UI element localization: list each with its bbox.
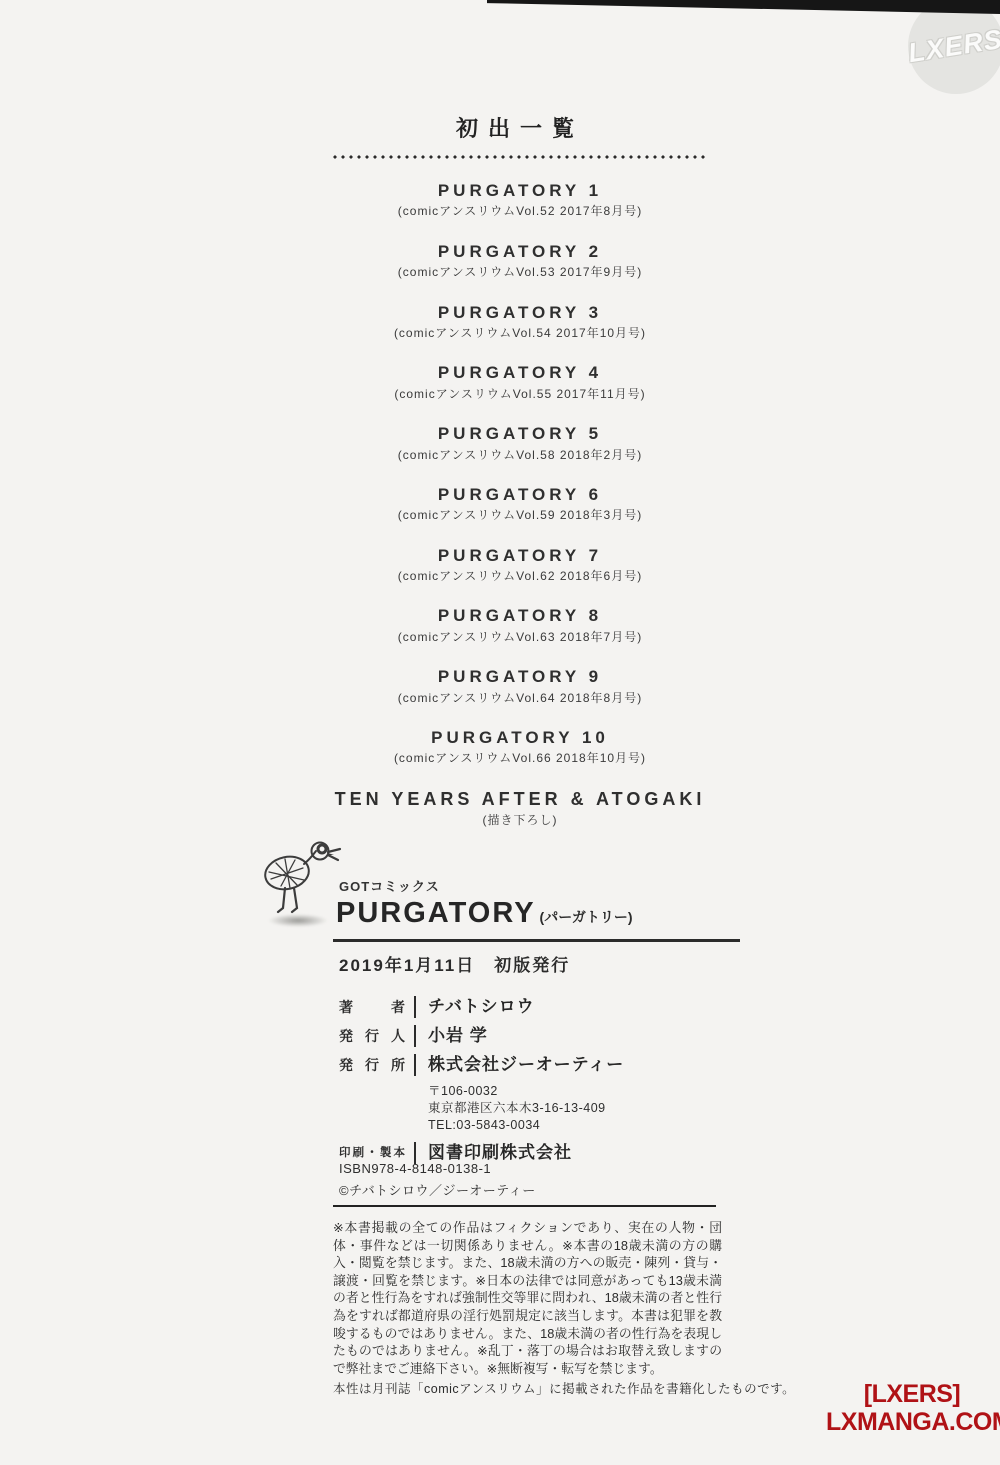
lxmanga-watermark-line1: [LXERS] xyxy=(826,1381,998,1409)
publisher-address-block: 〒106-0032 東京都港区六本木3-16-13-409 TEL:03-584… xyxy=(428,1083,739,1134)
entry-title: PURGATORY 3 xyxy=(40,303,1000,323)
publication-entry: PURGATORY 10 (comicアンスリウムVol.66 2018年10月… xyxy=(40,728,1000,766)
entry-title: PURGATORY 8 xyxy=(40,606,1000,626)
scan-edge-artifact xyxy=(487,0,1000,14)
credit-row-publisher-company: 発 行 所 株式会社ジーオーティー xyxy=(339,1054,739,1076)
entry-note: (comicアンスリウムVol.55 2017年11月号) xyxy=(40,387,1000,401)
entry-title: PURGATORY 9 xyxy=(40,667,1000,687)
entry-title: PURGATORY 2 xyxy=(40,242,1000,262)
dotted-divider xyxy=(331,155,709,159)
entry-note: (comicアンスリウムVol.54 2017年10月号) xyxy=(40,326,1000,340)
credit-row-author: 著 者 チバトシロウ xyxy=(339,996,739,1018)
credit-value: 株式会社ジーオーティー xyxy=(428,1054,624,1076)
phone-line: TEL:03-5843-0034 xyxy=(428,1117,739,1134)
title-underline xyxy=(333,939,740,942)
entry-title: PURGATORY 5 xyxy=(40,424,1000,444)
imprint-label: GOTコミックス xyxy=(339,876,440,895)
publication-entry: PURGATORY 2 (comicアンスリウムVol.53 2017年9月号) xyxy=(40,242,1000,280)
isbn: ISBN978-4-8148-0138-1 xyxy=(339,1161,491,1176)
credit-value: 小岩 学 xyxy=(428,1025,488,1047)
publication-entry: PURGATORY 9 (comicアンスリウムVol.64 2018年8月号) xyxy=(40,667,1000,705)
disclaimer-top-rule xyxy=(333,1205,716,1207)
entry-title: PURGATORY 6 xyxy=(40,485,1000,505)
entry-title: PURGATORY 4 xyxy=(40,363,1000,383)
bird-doodle-drawing xyxy=(260,840,342,920)
source-note: 本性は月刊誌「comicアンスリウム」に掲載された作品を書籍化したものです。 xyxy=(333,1379,795,1397)
address-line: 東京都港区六本木3-16-13-409 xyxy=(428,1100,739,1117)
entry-title: TEN YEARS AFTER & ATOGAKI xyxy=(40,789,1000,811)
entry-note: (comicアンスリウムVol.58 2018年2月号) xyxy=(40,448,1000,462)
entry-note: (comicアンスリウムVol.59 2018年3月号) xyxy=(40,508,1000,522)
scanned-colophon-page: LXERS 初出一覧 PURGATORY 1 (comicアンスリウムVol.5… xyxy=(0,0,1000,1465)
credit-label: 発 行 人 xyxy=(339,1025,416,1047)
entry-note: (comicアンスリウムVol.63 2018年7月号) xyxy=(40,630,1000,644)
entry-title: PURGATORY 10 xyxy=(40,728,1000,748)
disclaimer-text: ※本書掲載の全ての作品はフィクションであり、実在の人物・団体・事件などは一切関係… xyxy=(333,1219,722,1377)
edition-date: 2019年1月11日 初版発行 xyxy=(339,951,570,976)
publication-entry: PURGATORY 4 (comicアンスリウムVol.55 2017年11月号… xyxy=(40,363,1000,401)
publication-entry: PURGATORY 3 (comicアンスリウムVol.54 2017年10月号… xyxy=(40,303,1000,341)
book-title-row: PURGATORY(パーガトリー) xyxy=(336,897,633,930)
lxers-badge-watermark: LXERS xyxy=(908,0,1000,94)
publication-list: 初出一覧 PURGATORY 1 (comicアンスリウムVol.52 2017… xyxy=(40,112,1000,851)
lxers-badge-text: LXERS xyxy=(907,23,1000,68)
entry-title: PURGATORY 1 xyxy=(40,181,1000,201)
entry-note: (comicアンスリウムVol.53 2017年9月号) xyxy=(40,265,1000,279)
publication-entry: PURGATORY 7 (comicアンスリウムVol.62 2018年6月号) xyxy=(40,546,1000,584)
entry-note: (comicアンスリウムVol.62 2018年6月号) xyxy=(40,569,1000,583)
entry-note: (comicアンスリウムVol.66 2018年10月号) xyxy=(40,751,1000,765)
credit-value: チバトシロウ xyxy=(428,996,535,1018)
credits-table: 著 者 チバトシロウ 発 行 人 小岩 学 発 行 所 株式会社ジーオーティー … xyxy=(339,996,739,1171)
lxmanga-watermark: [LXERS] LXMANGA.COM xyxy=(826,1381,998,1436)
entry-note: (描き下ろし) xyxy=(40,813,1000,827)
publication-entry: PURGATORY 6 (comicアンスリウムVol.59 2018年3月号) xyxy=(40,485,1000,523)
credit-label: 発 行 所 xyxy=(339,1054,416,1076)
entry-note: (comicアンスリウムVol.52 2017年8月号) xyxy=(40,204,1000,218)
credit-row-publisher-person: 発 行 人 小岩 学 xyxy=(339,1025,739,1047)
entry-note: (comicアンスリウムVol.64 2018年8月号) xyxy=(40,691,1000,705)
publication-entry: PURGATORY 8 (comicアンスリウムVol.63 2018年7月号) xyxy=(40,606,1000,644)
publication-entry: PURGATORY 5 (comicアンスリウムVol.58 2018年2月号) xyxy=(40,424,1000,462)
copyright: ©チバトシロウ／ジーオーティー xyxy=(339,1180,536,1199)
credit-label: 著 者 xyxy=(339,996,416,1018)
entry-title: PURGATORY 7 xyxy=(40,546,1000,566)
postal-code: 〒106-0032 xyxy=(428,1083,739,1100)
publication-entry-extra: TEN YEARS AFTER & ATOGAKI (描き下ろし) xyxy=(40,789,1000,828)
publication-entry: PURGATORY 1 (comicアンスリウムVol.52 2017年8月号) xyxy=(40,181,1000,219)
book-title-kana: (パーガトリー) xyxy=(540,909,633,925)
publication-list-title: 初出一覧 xyxy=(40,112,1000,143)
book-title: PURGATORY xyxy=(336,897,536,929)
lxmanga-watermark-line2: LXMANGA.COM xyxy=(826,1409,998,1437)
